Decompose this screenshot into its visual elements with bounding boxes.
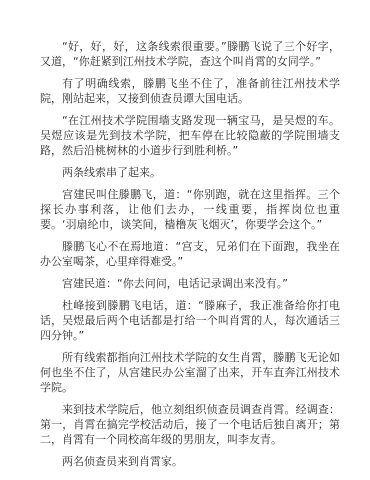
paragraph: 滕鹏飞心不在焉地道：“宫支，兄弟们在下面跑，我坐在办公室喝茶，心里痒得难受。”	[40, 239, 340, 269]
paragraph: 杜峰接到滕鹏飞电话，道：“滕麻子，我正准备给你打电话，吴煜最后两个电话都是打给一…	[40, 298, 340, 343]
paragraph: 宫建民道：“你去问问，电话记录调出来没有。”	[40, 276, 340, 291]
reader-page: “好，好，好，这条线索很重要。”滕鹏飞说了三个好字，又道，“你赶紧到江州技术学院…	[0, 0, 370, 480]
paragraph: 来到技术学院后，他立刻组织侦查员调查肖霄。经调查：第一，肖霄在搞完学校活动后，接…	[40, 402, 340, 447]
paragraph: “好，好，好，这条线索很重要。”滕鹏飞说了三个好字，又道，“你赶紧到江州技术学院…	[40, 39, 340, 69]
paragraph: 两名侦查员来到肖霄家。	[40, 454, 340, 469]
paragraph: “在江州技术学院围墙支路发现一辆宝马，是吴煜的车。吴煜应该是先到技术学院，把车停…	[40, 113, 340, 158]
paragraph: 所有线索都指向江州技术学院的女生肖霄，滕鹏飞无论如何也坐不住了，从宫建民办公室溜…	[40, 350, 340, 395]
paragraph: 宫建民叫住滕鹏飞，道：“你别跑，就在这里指挥。三个探长办事利落，让他们去办，一线…	[40, 187, 340, 232]
paragraph: 两条线索串了起来。	[40, 165, 340, 180]
paragraph: 有了明确线索，滕鹏飞坐不住了，准备前往江州技术学院，刚站起来，又接到侦查员谭大国…	[40, 76, 340, 106]
